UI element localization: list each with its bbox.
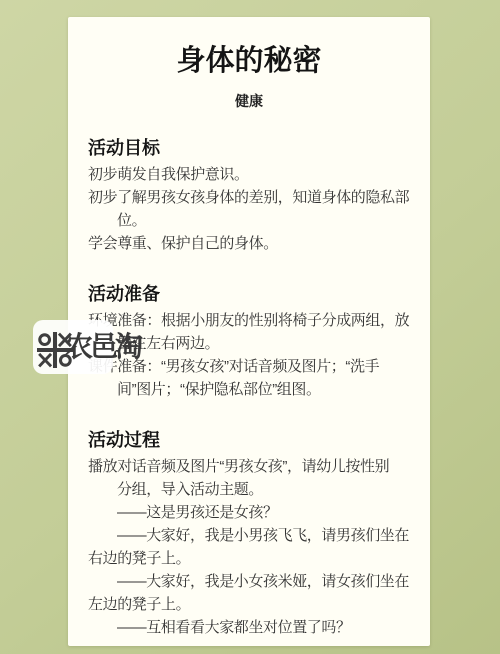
text-line: 右边的凳子上。 <box>88 547 410 570</box>
text-line: ——大家好，我是小男孩飞飞，请男孩们坐在 <box>88 524 410 547</box>
page-subtitle: 健康 <box>68 94 430 109</box>
text-line: 间”图片；“保护隐私部位”组图。 <box>88 378 410 401</box>
section-body: 播放对话音频及图片“男孩女孩”，请幼儿按性别 分组，导入活动主题。 ——这是男孩… <box>88 455 410 639</box>
text-line: 学会尊重、保护自己的身体。 <box>88 232 410 255</box>
section-body: 初步萌发自我保护意识。 初步了解男孩女孩身体的差别，知道身体的隐私部 位。 学会… <box>88 163 410 255</box>
text-line: 播放对话音频及图片“男孩女孩”，请幼儿按性别 <box>88 455 410 478</box>
section-heading: 活动过程 <box>88 428 410 452</box>
text-line: 左边的凳子上。 <box>88 593 410 616</box>
background: 身体的秘密 健康 活动目标 初步萌发自我保护意识。 初步了解男孩女孩身体的差别，… <box>0 0 500 654</box>
text-line: 分组，导入活动主题。 <box>88 478 410 501</box>
section-heading: 活动目标 <box>88 136 410 160</box>
text-line: ——大家好，我是小女孩米娅，请女孩们坐在 <box>88 570 410 593</box>
text-line: 初步萌发自我保护意识。 <box>88 163 410 186</box>
text-line: 初步了解男孩女孩身体的差别，知道身体的隐私部 <box>88 186 410 209</box>
text-line: ——互相看看大家都坐对位置了吗？ <box>88 616 410 639</box>
watermark: 农邑淘 <box>30 318 200 376</box>
section-heading: 活动准备 <box>88 282 410 306</box>
page-title: 身体的秘密 <box>68 45 430 77</box>
section-activity-process: 活动过程 播放对话音频及图片“男孩女孩”，请幼儿按性别 分组，导入活动主题。 —… <box>88 428 410 639</box>
section-activity-goals: 活动目标 初步萌发自我保护意识。 初步了解男孩女孩身体的差别，知道身体的隐私部 … <box>88 136 410 255</box>
text-line: 位。 <box>88 209 410 232</box>
brand-name: 农邑淘 <box>65 331 140 363</box>
text-line: ——这是男孩还是女孩？ <box>88 501 410 524</box>
